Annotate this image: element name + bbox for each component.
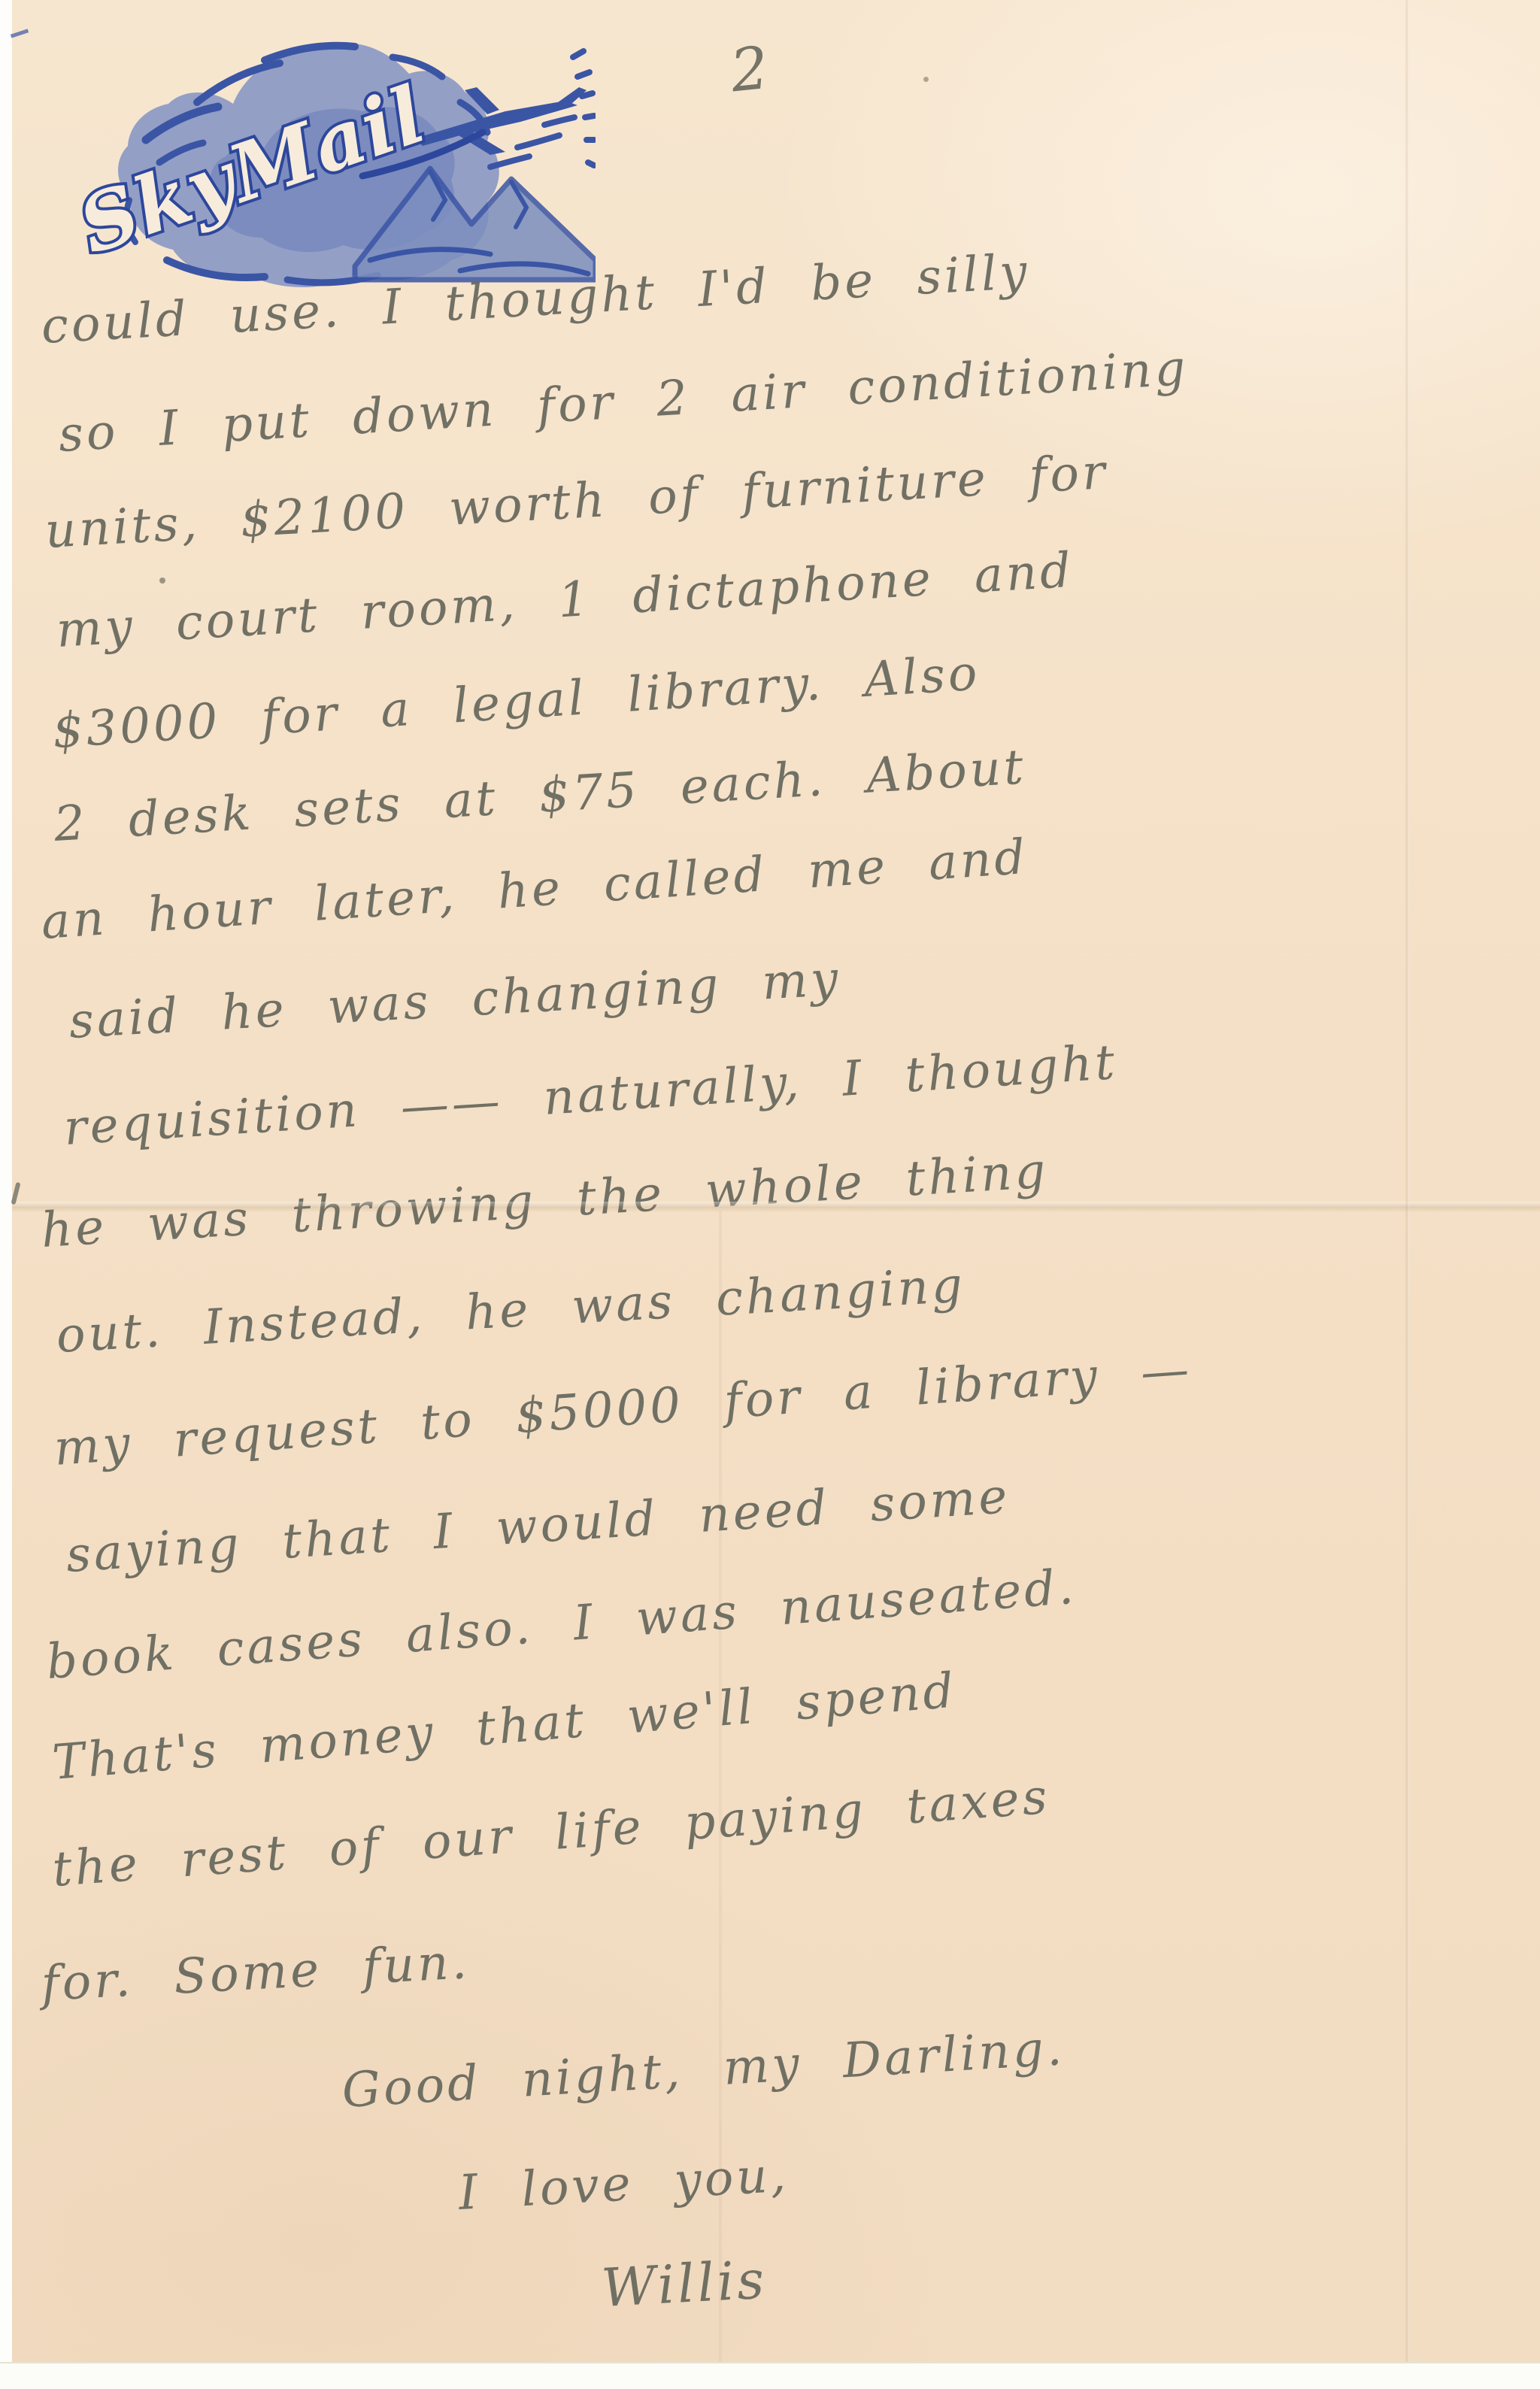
skymail-logo: SkyMail	[39, 12, 596, 296]
vertical-fold-crease-faint	[719, 1211, 722, 2389]
page-number: 2	[727, 35, 772, 106]
pencil-dot	[159, 578, 165, 584]
horizontal-fold-crease	[12, 1202, 1540, 1212]
signature: Willis	[600, 2249, 768, 2319]
pencil-dot	[923, 77, 929, 82]
skymail-logo-art: SkyMail	[39, 12, 596, 296]
vertical-fold-crease	[1405, 0, 1409, 2389]
scan-edge-left	[0, 0, 12, 2389]
scan-edge-bottom	[0, 2362, 1540, 2389]
